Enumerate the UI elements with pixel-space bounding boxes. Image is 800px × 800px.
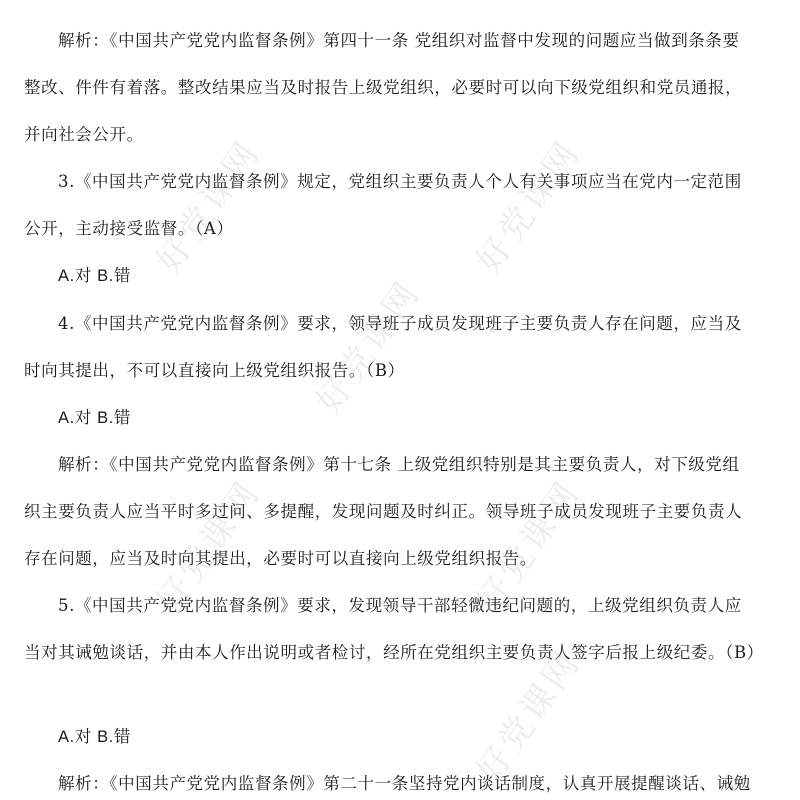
question-4-options: A.对 B.错 (58, 407, 776, 429)
analysis-paragraph-line: 解析：《中国共产党党内监督条例》第四十一条 党组织对监督中发现的问题应当做到条条… (58, 30, 776, 52)
question-3-line: 公开，主动接受监督。（A） (24, 218, 776, 240)
question-4-line: 4.《中国共产党党内监督条例》要求，领导班子成员发现班子主要负责人存在问题，应当… (58, 313, 776, 335)
analysis-paragraph-line: 解析：《中国共产党党内监督条例》第十七条 上级党组织特别是其主要负责人，对下级党… (58, 454, 776, 476)
question-5-options: A.对 B.错 (58, 726, 776, 748)
question-5-line: 当对其诫勉谈话，并由本人作出说明或者检讨，经所在党组织主要负责人签字后报上级纪委… (24, 642, 776, 664)
document-page: 好党课网 好党课网 好党课网 好党课网 好党课网 好党课网 解析：《中国共产党党… (0, 0, 800, 800)
analysis-paragraph-line: 织主要负责人应当平时多过问、多提醒，发现问题及时纠正。领导班子成员发现班子主要负… (24, 501, 776, 523)
watermark-text: 好党课网 (462, 128, 589, 281)
analysis-paragraph-line: 解析：《中国共产党党内监督条例》第二十一条坚持党内谈话制度，认真开展提醒谈话、诫… (58, 773, 776, 795)
analysis-paragraph-line: 存在问题，应当及时向其提出，必要时可以直接向上级党组织报告。 (24, 548, 776, 570)
question-4-line: 时向其提出，不可以直接向上级党组织报告。（B） (24, 360, 776, 382)
analysis-paragraph-line: 并向社会公开。 (24, 124, 776, 146)
question-5-line: 5.《中国共产党党内监督条例》要求，发现领导干部轻微违纪问题的，上级党组织负责人… (58, 595, 776, 617)
question-3-options: A.对 B.错 (58, 265, 776, 287)
analysis-paragraph-line: 整改、件件有着落。整改结果应当及时报告上级党组织，必要时可以向下级党组织和党员通… (24, 77, 776, 99)
watermark-text: 好党课网 (302, 268, 429, 421)
watermark-layer: 好党课网 好党课网 好党课网 好党课网 好党课网 好党课网 (0, 0, 800, 800)
question-3-line: 3.《中国共产党党内监督条例》规定，党组织主要负责人个人有关事项应当在党内一定范… (58, 171, 776, 193)
watermark-text: 好党课网 (142, 128, 269, 281)
